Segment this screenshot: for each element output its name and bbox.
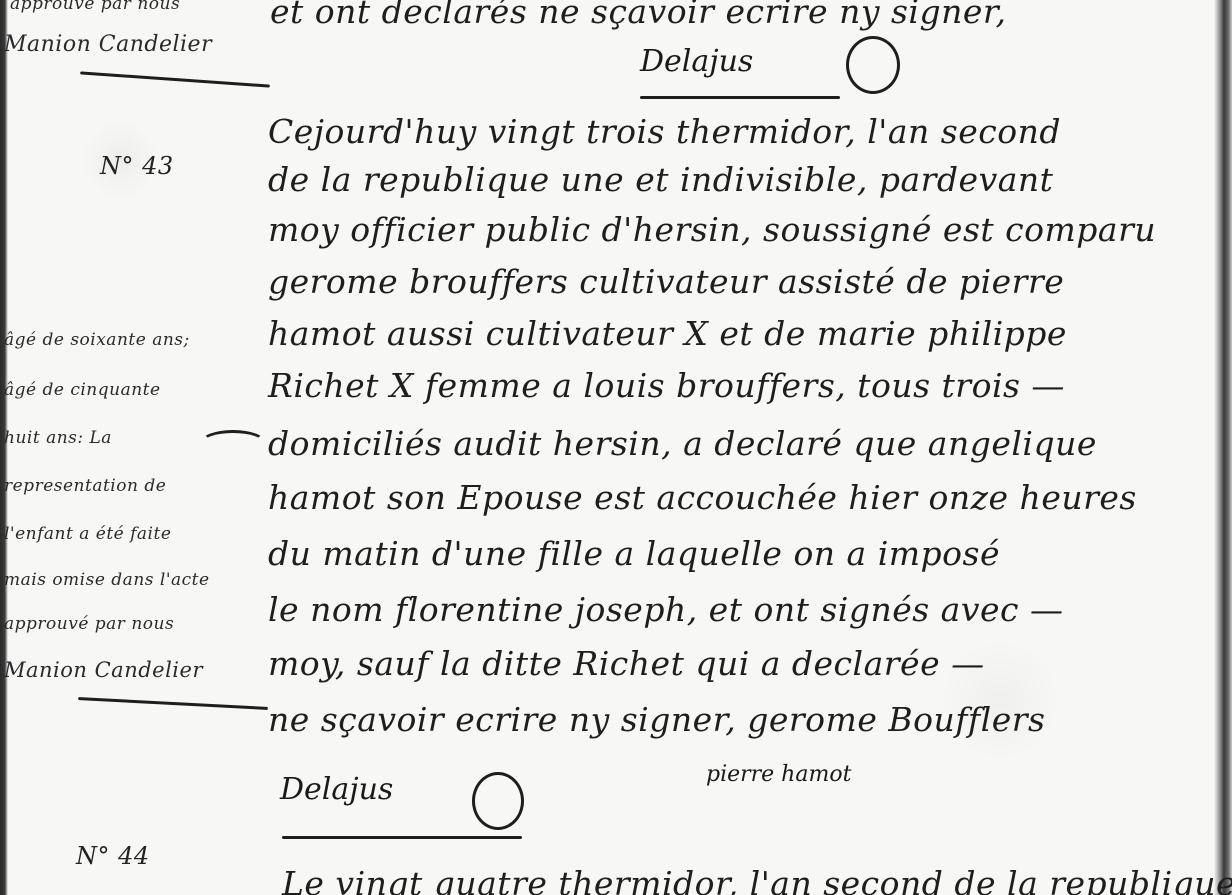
margin-signature-previous: Manion Candelier (4, 32, 212, 57)
margin-note-2: âgé de cinquante (4, 380, 161, 400)
act-line-12: ne sçavoir ecrire ny signer, gerome Bouf… (268, 700, 1045, 739)
margin-note-1: âgé de soixante ans; (4, 330, 190, 350)
act-line-2: de la republique une et indivisible, par… (268, 160, 1053, 199)
act-line-1: Cejourd'huy vingt trois thermidor, l'an … (268, 112, 1061, 151)
signature-paraph-icon (472, 772, 524, 830)
margin-note-7: approuvé par nous (4, 614, 174, 634)
witness-signature: pierre hamot (706, 762, 851, 787)
scanned-register-page: approuvé par nous Manion Candelier et on… (0, 0, 1232, 895)
act-line-10: le nom florentine joseph, et ont signés … (268, 590, 1063, 629)
margin-signature-flourish (78, 697, 268, 710)
act-line-6: Richet X femme a louis brouffers, tous t… (268, 366, 1065, 405)
act-line-7: domiciliés audit hersin, a declaré que a… (268, 424, 1097, 463)
act-line-9: du matin d'une fille a laquelle on a imp… (268, 534, 1000, 573)
margin-insertion-flourish (200, 430, 266, 456)
act-number: N° 43 (100, 152, 174, 180)
margin-note-5: l'enfant a été faite (4, 524, 171, 544)
margin-note-4: representation de (4, 476, 166, 496)
act-line-5: hamot aussi cultivateur X et de marie ph… (268, 314, 1067, 353)
margin-signature-flourish (80, 71, 270, 87)
signature-underline (640, 96, 840, 99)
page-right-edge (1214, 0, 1232, 895)
margin-note-3: huit ans: La (4, 428, 112, 448)
signature-underline (282, 836, 522, 839)
officer-signature-previous: Delajus (640, 44, 753, 79)
act-line-3: moy officier public d'hersin, soussigné … (268, 210, 1156, 249)
previous-act-closing-line: et ont declarés ne sçavoir ecrire ny sig… (270, 0, 1007, 31)
margin-note-6: mais omise dans l'acte (4, 570, 210, 590)
margin-signature: Manion Candelier (4, 658, 203, 682)
officer-signature: Delajus (280, 772, 393, 807)
next-act-number: N° 44 (76, 842, 150, 870)
act-line-4: gerome brouffers cultivateur assisté de … (268, 262, 1064, 301)
act-line-11: moy, sauf la ditte Richet qui a declarée… (268, 644, 985, 683)
act-line-8: hamot son Epouse est accouchée hier onze… (268, 478, 1137, 517)
next-act-opening-line: Le vingt quatre thermidor, l'an second d… (282, 864, 1232, 895)
signature-paraph-icon (846, 36, 900, 94)
margin-note-previous: approuvé par nous (10, 0, 180, 14)
